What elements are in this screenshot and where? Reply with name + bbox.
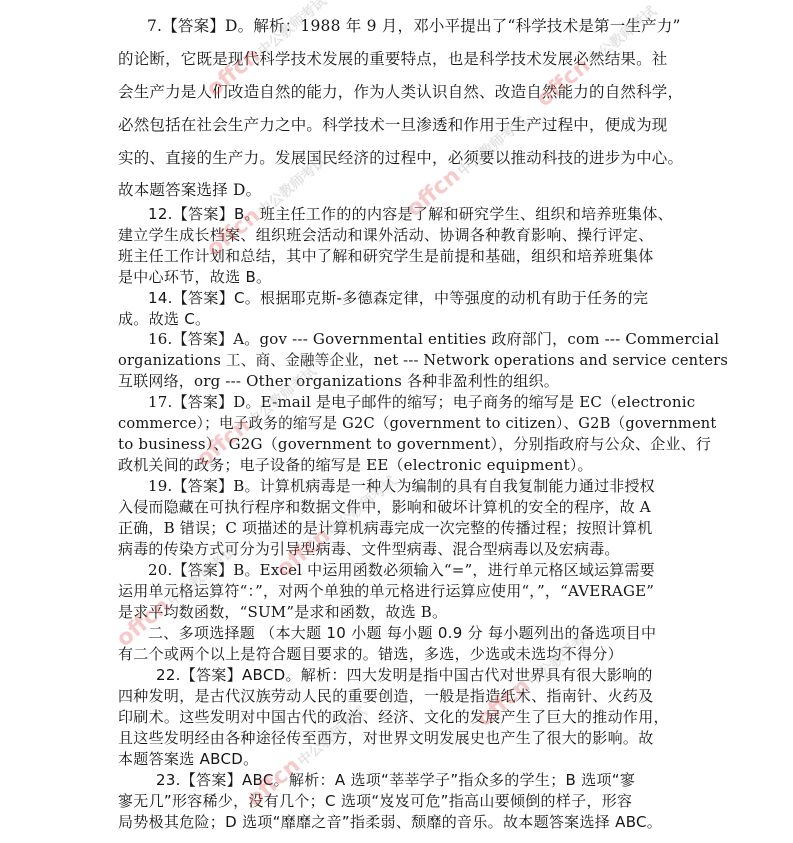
section-line: 有二个或两个以上是符合题目要求的。错选，多选，少选或未选均不得分） xyxy=(118,643,623,664)
answer-line: 是求平均数函数，“SUM”是求和函数，故选 B。 xyxy=(118,601,447,622)
answer-line: commerce）；电子政务的缩写是 G2C（government to cit… xyxy=(118,412,716,433)
answer-line: 会生产力是人们改造自然的能力，作为人类认识自然、改造自然能力的自然科学， xyxy=(118,80,683,102)
answer-line: 班主任工作计划和总结，其中了解和研究学生是前提和基础，组织和培养班集体 xyxy=(118,245,654,266)
answer-line: 实的、直接的生产力。发展国民经济的过程中，必须要以推动科技的进步为中心。 xyxy=(118,146,683,168)
answer-line: to business）、G2G（government to governmen… xyxy=(118,433,711,454)
answer-line: 局势极其危险；D 选项“靡靡之音”指柔弱、颓靡的音乐。故本题答案选择 ABC。 xyxy=(118,811,662,832)
answer-line: 正确，B 错误；C 项描述的是计算机病毒完成一次完整的传播过程；按照计算机 xyxy=(118,517,652,538)
answer-line: 19.【答案】B。计算机病毒是一种人为编制的具有自我复制能力通过非授权 xyxy=(118,475,655,496)
answer-line: 入侵而隐藏在可执行程序和数据文件中，影响和破坏计算机的安全的程序，故 A xyxy=(118,496,651,517)
answer-line: 7.【答案】D。解析：1988 年 9 月，邓小平提出了“科学技术是第一生产力” xyxy=(117,14,681,36)
answer-line: 12.【答案】B。班主任工作的的内容是了解和研究学生、组织和培养班集体、 xyxy=(118,203,673,224)
answer-line: 病毒的传染方式可分为引导型病毒、文件型病毒、混合型病毒以及宏病毒。 xyxy=(118,538,620,559)
answer-line: 政机关间的政务；电子设备的缩写是 EE（electronic equipment… xyxy=(118,454,593,475)
answer-line: 的论断，它既是现代科学技术发展的重要特点，也是科学技术发展必然结果。社 xyxy=(118,47,668,69)
answer-line: 本题答案选 ABCD。 xyxy=(118,748,258,769)
answer-line: 是中心环节，故选 B。 xyxy=(118,266,271,287)
section-line: 二、多项选择题 （本大题 10 小题 每小题 0.9 分 每小题列出的备选项目中 xyxy=(118,622,656,643)
answer-line: 16.【答案】A。gov --- Governmental entities 政… xyxy=(118,328,719,349)
answer-line: 22.【答案】ABCD。解析：四大发明是指中国古代对世界具有很大影响的 xyxy=(118,664,653,685)
answer-line: 故本题答案选择 D。 xyxy=(118,178,261,200)
answer-line: 印刷术。这些发明对中国古代的政治、经济、文化的发展产生了巨大的推动作用， xyxy=(118,706,669,727)
answer-line: 且这些发明经由各种途径传至西方，对世界文明发展史也产生了很大的影响。故 xyxy=(118,727,654,748)
answer-line: 寥无几”形容稀少，没有几个；C 选项“岌岌可危”指高山要倾倒的样子，形容 xyxy=(118,790,632,811)
answer-line: 建立学生成长档案、组织班会活动和课外活动、协调各种教育影响、操行评定、 xyxy=(118,224,654,245)
answer-line: organizations 工、商、金融等企业，net --- Network … xyxy=(118,349,728,370)
answer-line: 20.【答案】B。Excel 中运用函数必须输入“=”，进行单元格区域运算需要 xyxy=(118,559,655,580)
answer-line: 23.【答案】ABC。解析：A 选项“莘莘学子”指众多的学生；B 选项“寥 xyxy=(118,769,635,790)
answer-line: 四种发明，是古代汉族劳动人民的重要创造，一般是指造纸术、指南针、火药及 xyxy=(118,685,654,706)
answer-line: 17.【答案】D。E-mail 是电子邮件的缩写；电子商务的缩写是 EC（ele… xyxy=(118,391,695,412)
answer-line: 运用单元格运算符“：”，对两个单独的单元格进行运算应使用“，”，“AVERAGE… xyxy=(118,580,654,601)
answer-line: 成。故选 C。 xyxy=(118,308,210,329)
answer-line: 互联网络，org --- Other organizations 各种非盈利性的… xyxy=(118,370,559,391)
answer-line: 14.【答案】C。根据耶克斯-多德森定律，中等强度的动机有助于任务的完 xyxy=(118,287,648,308)
answer-line: 必然包括在社会生产力之中。科学技术一旦渗透和作用于生产过程中，便成为现 xyxy=(118,113,668,135)
